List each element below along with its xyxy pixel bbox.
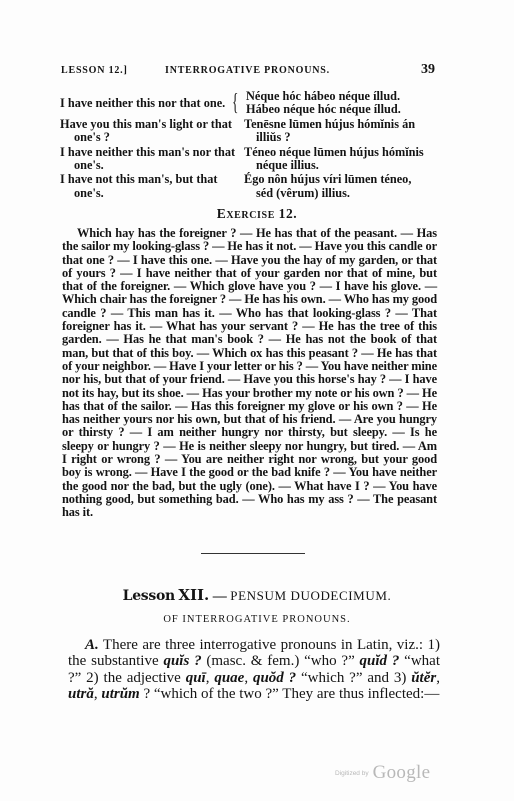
paragraph-text: , xyxy=(436,670,440,686)
latin-term: quĭs ? xyxy=(163,653,201,669)
latin-term: utră xyxy=(68,686,94,702)
paragraph-text: , xyxy=(244,670,253,686)
vocab-row: I have neither this nor that one. { Néqu… xyxy=(60,90,438,117)
page-number: 39 xyxy=(421,62,435,78)
vocab-english-line: Have you this man's light or that xyxy=(60,117,232,131)
latin-term: quŏd ? xyxy=(253,670,296,686)
lesson-numeral: XII. xyxy=(178,586,209,604)
lesson-latin-title: PENSUM DUODECIMUM. xyxy=(230,588,391,603)
vocab-latin-line: Téneo néque lūmen hújus hómĭnis xyxy=(244,145,424,159)
google-logo: Google xyxy=(373,762,431,783)
paragraph-text: ? “which of the two ?” They are thus inf… xyxy=(140,686,440,702)
lesson-dash: — xyxy=(209,589,230,604)
exercise-title: EXERCISE 12. xyxy=(0,206,514,222)
vocab-latin: Néque hóc hábeo néque íllud. Hábeo néque… xyxy=(232,90,438,117)
vocab-latin: Égo nôn hújus víri lūmen téneo, séd (vêr… xyxy=(240,173,438,200)
latin-term: utrŭm xyxy=(101,686,139,702)
exercise-title-rest: XERCISE xyxy=(226,210,275,221)
paragraph-a: A. There are three interrogative pronoun… xyxy=(68,637,440,702)
vocab-english-cont: one's ? xyxy=(60,131,240,144)
vocab-row: I have not this man's, but that one's. É… xyxy=(60,173,438,200)
vocab-english: I have not this man's, but that one's. xyxy=(60,173,240,200)
lesson-word: Lesson xyxy=(123,588,175,604)
vocab-latin: Tenēsne lūmen hújus hómĭnis án illiŭs ? xyxy=(240,118,438,145)
vocab-latin-line: Néque hóc hábeo néque íllud. xyxy=(246,90,438,103)
paragraph-text: “which ?” and 3) xyxy=(296,670,411,686)
latin-term: quĭd ? xyxy=(360,653,400,669)
vocab-latin: Téneo néque lūmen hújus hómĭnis néque il… xyxy=(240,146,438,173)
exercise-title-initial: E xyxy=(217,206,227,221)
vocab-latin-line: Tenēsne lūmen hújus hómĭnis án xyxy=(244,117,415,131)
header-title: INTERROGATIVE PRONOUNS. xyxy=(165,65,330,76)
vocab-row: I have neither this man's nor that one's… xyxy=(60,146,438,173)
brace-symbol: { xyxy=(232,90,238,116)
vocab-row: Have you this man's light or that one's … xyxy=(60,118,438,145)
vocab-english-cont: one's. xyxy=(60,187,240,200)
vocab-latin-cont: illiŭs ? xyxy=(244,131,438,144)
vocab-english: I have neither this nor that one. xyxy=(60,90,232,117)
section-subtitle: OF INTERROGATIVE PRONOUNS. xyxy=(0,614,514,625)
vocab-english-line: I have not this man's, but that xyxy=(60,172,218,186)
vocab-latin-line: Égo nôn hújus víri lūmen téneo, xyxy=(244,172,411,186)
latin-term: quae xyxy=(214,670,244,686)
watermark-prefix: Digitized by xyxy=(335,770,369,777)
vocab-english: I have neither this man's nor that one's… xyxy=(60,146,240,173)
digitization-watermark: Digitized by Google xyxy=(335,762,430,784)
vocab-english: Have you this man's light or that one's … xyxy=(60,118,240,145)
exercise-number: 12. xyxy=(279,206,298,221)
vocabulary-table: I have neither this nor that one. { Néqu… xyxy=(60,90,438,201)
section-divider xyxy=(201,553,305,554)
vocab-latin-cont: séd (vêrum) illius. xyxy=(244,187,438,200)
lesson-heading: Lesson XII. — PENSUM DUODECIMUM. xyxy=(0,586,514,605)
running-header: LESSON 12.] INTERROGATIVE PRONOUNS. 39 xyxy=(61,63,435,79)
latin-term: quī xyxy=(186,670,206,686)
book-page: LESSON 12.] INTERROGATIVE PRONOUNS. 39 I… xyxy=(0,0,514,801)
exercise-text: Which hay has the foreigner ? — He has t… xyxy=(62,227,437,520)
vocab-english-line: I have neither this man's nor that xyxy=(60,145,235,159)
vocab-english-cont: one's. xyxy=(60,159,240,172)
vocab-latin-line: Hábeo néque hóc néque íllud. xyxy=(246,103,438,116)
vocab-latin-cont: néque illius. xyxy=(244,159,438,172)
latin-term: ŭtĕr xyxy=(411,670,436,686)
paragraph-text: (masc. & fem.) “who ?” xyxy=(202,653,360,669)
paragraph-label: A. xyxy=(85,637,99,653)
header-lesson-ref: LESSON 12.] xyxy=(61,65,128,76)
